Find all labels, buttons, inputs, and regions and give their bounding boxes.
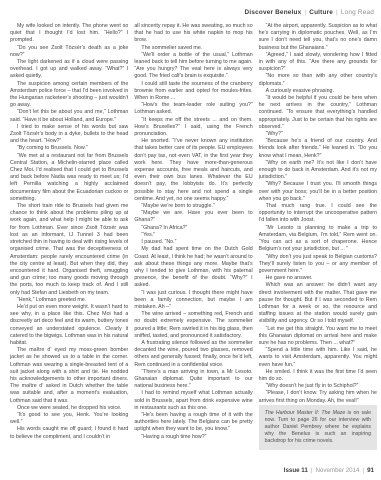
paragraph: “Please, I don’t know. Try asking him wh… [259,390,377,404]
paragraph: A frustrating silence followed as the so… [134,340,252,369]
paragraph: “Why don’t you just speak to Belgian cus… [259,254,377,276]
paragraph: “By coming to Brussels. Now.” [10,145,128,152]
paragraph: Once we were seated, he dropped his voic… [10,405,128,412]
paragraph: “Maybe we’re born to struggle.” [134,203,252,210]
paragraph: “Let me get this straight. You want me t… [259,326,377,348]
paragraph: He snorted. “I’ve never known any instit… [134,138,252,203]
text-column-2: all sincerity repay it. He was sweating,… [134,23,252,450]
header-brand: Discover Benelux [245,9,302,16]
column-3-paragraphs: “At the airport, apparently. Suspicion a… [259,23,377,405]
paragraph: “There’s a man arriving in town, a Mr Le… [134,369,252,391]
paragraph: He’d put on even more weight. It wasn’t … [10,304,128,347]
paragraph: That much rang true. I could see the opp… [259,203,377,225]
paragraph: “Don’t let this be about you and me,” Lo… [10,109,128,123]
footer-separator: | [311,467,313,474]
header-tag: Long Read [341,9,374,16]
paragraph: My wife looked on intently. The phone we… [10,23,128,45]
footer-issue: Issue 11 [284,467,308,474]
header-separator: | [336,9,338,16]
footer-separator: | [363,467,365,474]
footer-date: November 2014 [315,467,359,474]
paragraph: “Agreed,” I said slowly, wondering how I… [259,52,377,74]
text-column-3: “At the airport, apparently. Suspicion a… [259,23,377,450]
paragraph: I had to remind myself what Lothman actu… [134,390,252,412]
paragraph: “We’ll order a bottle of the usual,” Lot… [134,52,252,81]
header-separator: | [304,9,306,16]
paragraph: “Henk,” Lothman greeted me. [10,297,128,304]
header-section: Culture [309,9,333,16]
paragraph: The maître d’ eyed my moss-green bomber … [10,347,128,405]
paragraph: “It would be helpful if you could be her… [259,95,377,131]
paragraph: “No more so than with any other country’… [259,73,377,87]
footer-page-number: 91 [367,467,374,474]
text-column-1: My wife looked on intently. The phone we… [10,23,128,450]
column-2-paragraphs: all sincerity repay it. He was sweating,… [134,23,252,441]
paragraph: “Ghana? In Africa?” [134,225,252,232]
paragraph: “Do you see Zsolt Tözsér’s death as a jo… [10,45,128,59]
paragraph: A curiously evasive phrasing. [259,88,377,95]
paragraph: “How’s the team-leader role suiting you?… [134,102,252,116]
paragraph: “Why? Because I trust you. I’ll smooth t… [259,181,377,203]
paragraph: “Why on earth me? It’s not like I don’t … [259,160,377,182]
paragraph: I tried to make sense of his words but s… [10,124,128,146]
paragraph: The suspicion among certain members of t… [10,81,128,110]
paragraph: “Why?” [259,131,377,138]
paragraph: “Spend a little time with him. Like I sa… [259,347,377,369]
paragraph: Which was an answer: he didn’t want any … [259,282,377,325]
paragraph: He smiled. I think it was the first time… [259,369,377,383]
paragraph: The short train ride to Brussels had giv… [10,203,128,297]
magazine-page: Discover Benelux|Culture|Long Read My wi… [0,0,381,480]
paragraph: I paused. “No.” [134,239,252,246]
paragraph: “It’s good to see you, Henk. You’re look… [10,412,128,426]
paragraph: “Mr Lesoto is planning to make a trip to… [259,225,377,254]
paragraph: “Why doesn’t he just fly in to Schiphol?… [259,383,377,390]
paragraph: all sincerity repay it. He was sweating,… [134,23,252,45]
paragraph: My dad had spent time on the Dutch Gold … [134,246,252,289]
paragraph: “He’s been having a rough time of it wit… [134,412,252,434]
paragraph: “Yes.” [134,232,252,239]
article-columns: My wife looked on intently. The phone we… [10,23,377,450]
paragraph: “I was just curious. I thought there mig… [134,290,252,312]
paragraph: He gave no answer. [259,275,377,282]
paragraph: The wine arrived – something red, French… [134,311,252,340]
page-footer: Issue 11|November 2014|91 [284,467,374,474]
paragraph: “We met at a restaurant not far from Bru… [10,153,128,203]
paragraph: “Because he’s a friend of our country. A… [259,138,377,160]
promo-book-title: The Harbour Master II: The Maze [265,410,346,416]
paragraph: The sommelier saved me. [134,45,252,52]
promo-box: The Harbour Master II: The Maze is on sa… [259,405,377,450]
paragraph: “Having a rough time how?” [134,434,252,441]
column-1-paragraphs: My wife looked on intently. The phone we… [10,23,128,441]
paragraph: I could still taste the sourness of the … [134,81,252,103]
paragraph: The light darkened as if a cloud were pa… [10,59,128,81]
paragraph: “At the airport, apparently. Suspicion a… [259,23,377,52]
paragraph: “Maybe we are. Have you ever been to Gha… [134,210,252,224]
page-header: Discover Benelux|Culture|Long Read [245,9,374,16]
paragraph: “It keeps me off the streets ... and on … [134,117,252,139]
paragraph: His words caught me off guard; I found i… [10,426,128,440]
